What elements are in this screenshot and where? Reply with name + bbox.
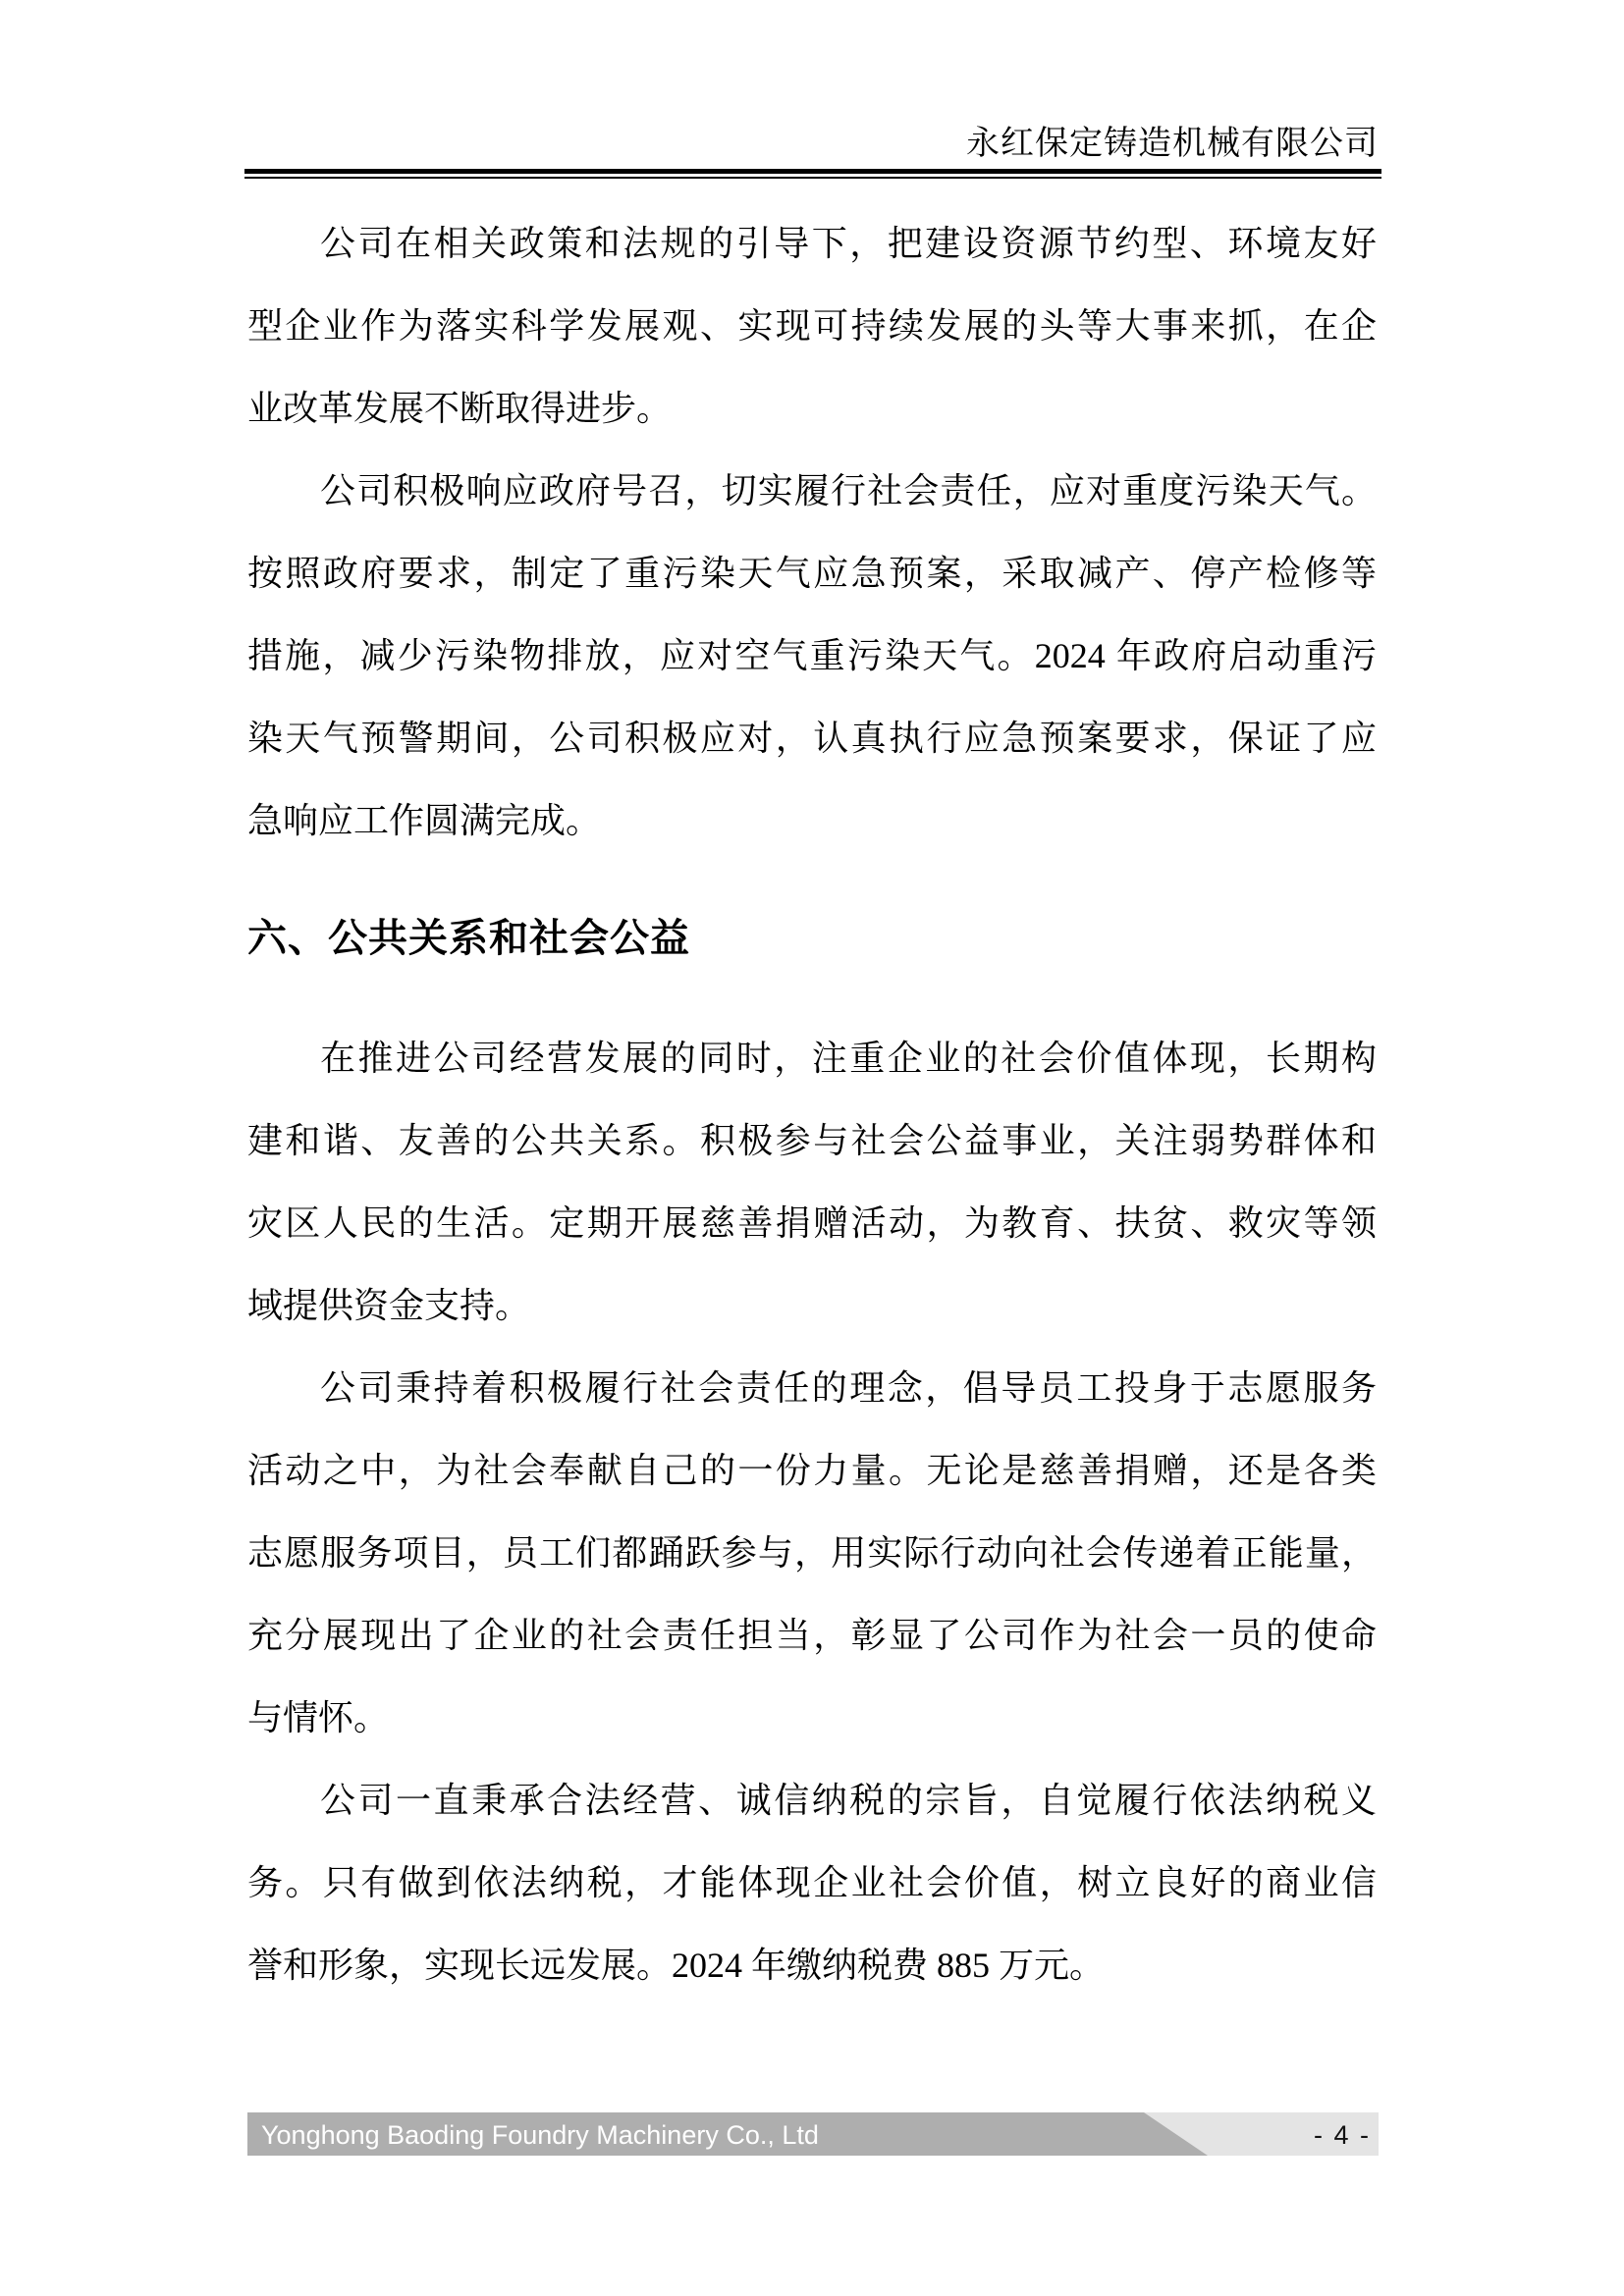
document-page: 永红保定铸造机械有限公司 公司在相关政策和法规的引导下，把建设资源节约型、环境友… <box>0 0 1624 2296</box>
footer-bar: Yonghong Baoding Foundry Machinery Co., … <box>247 2112 1379 2156</box>
body-line: 公司秉持着积极履行社会责任的理念，倡导员工投身于志愿服务 <box>247 1347 1377 1429</box>
body-line: 誉和形象，实现长远发展。2024 年缴纳税费 885 万元。 <box>247 1924 1377 2006</box>
body-line: 型企业作为落实科学发展观、实现可持续发展的头等大事来抓，在企 <box>247 285 1377 367</box>
header-divider-rule <box>244 169 1381 179</box>
body-line: 公司在相关政策和法规的引导下，把建设资源节约型、环境友好 <box>247 202 1377 285</box>
body-line: 志愿服务项目，员工们都踊跃参与，用实际行动向社会传递着正能量， <box>247 1512 1377 1594</box>
body-line: 灾区人民的生活。定期开展慈善捐赠活动，为教育、扶贫、救灾等领 <box>247 1182 1377 1264</box>
body-line: 活动之中，为社会奉献自己的一份力量。无论是慈善捐赠，还是各类 <box>247 1429 1377 1512</box>
body-line: 充分展现出了企业的社会责任担当，彰显了公司作为社会一员的使命 <box>247 1594 1377 1677</box>
document-body: 公司在相关政策和法规的引导下，把建设资源节约型、环境友好型企业作为落实科学发展观… <box>247 202 1377 2006</box>
body-line: 染天气预警期间，公司积极应对，认真执行应急预案要求，保证了应 <box>247 697 1377 779</box>
header-company-name: 永红保定铸造机械有限公司 <box>247 124 1379 165</box>
body-line: 建和谐、友善的公共关系。积极参与社会公益事业，关注弱势群体和 <box>247 1099 1377 1182</box>
body-line: 在推进公司经营发展的同时，注重企业的社会价值体现，长期构 <box>247 1017 1377 1099</box>
body-line: 按照政府要求，制定了重污染天气应急预案，采取减产、停产检修等 <box>247 532 1377 614</box>
footer-page-number: - 4 - <box>1314 2112 1371 2156</box>
body-line: 公司一直秉承合法经营、诚信纳税的宗旨，自觉履行依法纳税义 <box>247 1759 1377 1842</box>
body-line: 措施，减少污染物排放，应对空气重污染天气。2024 年政府启动重污 <box>247 614 1377 697</box>
body-line: 业改革发展不断取得进步。 <box>247 367 1377 450</box>
body-line: 务。只有做到依法纳税，才能体现企业社会价值，树立良好的商业信 <box>247 1842 1377 1924</box>
body-line: 与情怀。 <box>247 1677 1377 1759</box>
body-line: 公司积极响应政府号召，切实履行社会责任，应对重度污染天气。 <box>247 450 1377 532</box>
body-line: 急响应工作圆满完成。 <box>247 779 1377 862</box>
body-line: 域提供资金支持。 <box>247 1264 1377 1347</box>
footer-company-name: Yonghong Baoding Foundry Machinery Co., … <box>261 2112 819 2156</box>
section-heading: 六、公共关系和社会公益 <box>247 909 1377 968</box>
